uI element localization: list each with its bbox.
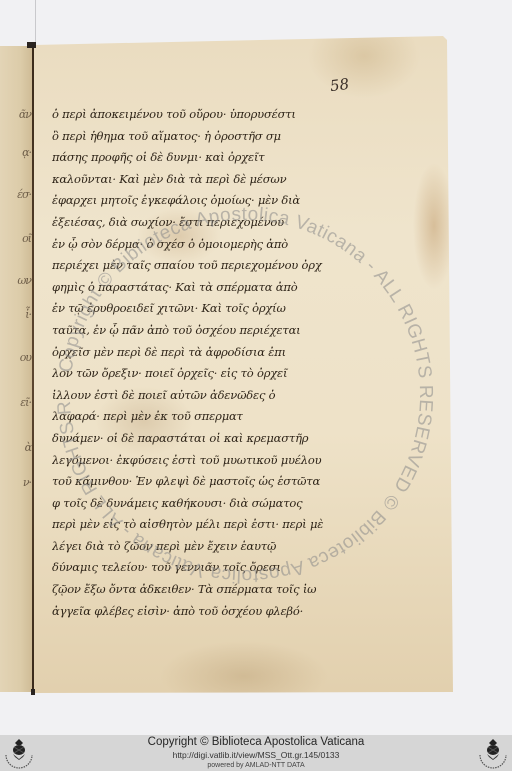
- left-page-fragment: ου: [20, 351, 31, 364]
- text-line: πάσης προφῆς οἱ δὲ δυνμι· καὶ ὀρχεῖτ: [52, 147, 392, 169]
- left-page-fragment: ᾳ·: [22, 146, 31, 159]
- copyright-text: Copyright © Biblioteca Apostolica Vatica…: [0, 736, 512, 749]
- manuscript-viewer[interactable]: ᾶν ᾳ· έσ· οῖ ων ἶ· ου εῖ· ὰ ν· 58 ὁ περὶ…: [0, 0, 512, 735]
- left-page-fragment: ν·: [23, 476, 31, 489]
- left-page-fragment: ᾶν: [19, 108, 31, 121]
- copyright-footer: Copyright © Biblioteca Apostolica Vatica…: [0, 735, 512, 771]
- text-line: δύναμις τελείου· τοῦ γεννιᾶν τοῖς ὄρεσι: [52, 557, 392, 579]
- manuscript-text: ὁ περὶ ἀποκειμένου τοῦ οὔρου· ὑπορυσέστι…: [52, 104, 392, 622]
- vatican-library-seal-icon: [476, 737, 510, 769]
- text-line: φ τοῖς δὲ δυνάμεις καθήκουσι· διὰ σώματο…: [52, 493, 392, 515]
- text-line: ἐφαρχει μητοῖς ἐγκεφάλοις ὁμοίως· μὲν δι…: [52, 190, 392, 212]
- manuscript-url[interactable]: http://digi.vatlib.it/view/MSS_Ott.gr.14…: [0, 750, 512, 760]
- text-line: ἐν τῷ ἐρυθροειδεῖ χιτῶνι· Καὶ τοῖς ὀρχίω: [52, 298, 392, 320]
- manuscript-folio: 58 ὁ περὶ ἀποκειμένου τοῦ οὔρου· ὑπορυσέ…: [34, 36, 454, 693]
- text-line: ἀγγεῖα φλέβες εἰσὶν· ἀπὸ τοῦ ὀσχέου φλεβ…: [52, 601, 392, 623]
- text-line: λαφαρά· περὶ μὲν ἐκ τοῦ σπερματ: [52, 406, 392, 428]
- powered-by-text: powered by AMLAD-NTT DATA: [0, 761, 512, 770]
- gutter-marker-bottom: [31, 689, 35, 695]
- text-line: ἐν ᾧ σὸν δέρμα· ὁ σχέσ ὁ ὁμοιομερὴς ἀπὸ: [52, 234, 392, 256]
- left-page-fragment: ἶ·: [25, 308, 31, 321]
- left-facing-page: ᾶν ᾳ· έσ· οῖ ων ἶ· ου εῖ· ὰ ν·: [0, 46, 34, 692]
- folio-number: 58: [329, 75, 350, 95]
- text-line: φημὶς ὁ παραστάτας· Καὶ τὰ σπέρματα ἀπὸ: [52, 277, 392, 299]
- text-line: περὶ μὲν εἰς τὸ αἰσθητὸν μέλι περὶ ἐστι·…: [52, 514, 392, 536]
- text-line: ὃ περὶ ἡθημα τοῦ αἵματος· ἡ ὀροστῆσ σμ: [52, 126, 392, 148]
- text-line: ὁ περὶ ἀποκειμένου τοῦ οὔρου· ὑπορυσέστι: [52, 104, 392, 126]
- left-page-fragment: έσ·: [17, 188, 31, 201]
- left-page-fragment: οῖ: [22, 232, 31, 245]
- text-line: καλοῦνται· Καὶ μὲν διὰ τὰ περὶ δὲ μέσων: [52, 169, 392, 191]
- text-line: δυνάμεν· οἱ δὲ παραστάται οἱ καὶ κρεμαστ…: [52, 428, 392, 450]
- gutter-line: [35, 0, 36, 46]
- left-page-fragment: ων: [17, 274, 31, 287]
- gutter-marker-top: [27, 42, 36, 48]
- text-line: λέγει διὰ τὸ ζῶον περὶ μὲν ἔχειν ἑαυτῷ: [52, 536, 392, 558]
- text-line: ζῷον ἔξω ὄντα ἀδκειθεν· Τὰ σπέρματα τοῖς…: [52, 579, 392, 601]
- text-line: ὀρχεῖσ μὲν περὶ δὲ περὶ τὰ ἀφροδίσια ἐπι: [52, 342, 392, 364]
- text-line: λεγόμενοι· ἐκφύσεις ἐστὶ τοῦ μυωτικοῦ μυ…: [52, 450, 392, 472]
- left-page-fragment: εῖ·: [20, 396, 31, 409]
- text-line: ταῦτα, ἐν ᾧ πᾶν ἀπὸ τοῦ ὀσχέου περιέχετα…: [52, 320, 392, 342]
- text-line: λον τῶν ὄρεξιν· ποιεῖ ὀρχεῖς· εἰς τὸ ὀρχ…: [52, 363, 392, 385]
- left-page-fragment: ὰ: [25, 441, 31, 454]
- binding-gutter: [32, 44, 34, 694]
- text-line: τοῦ κάμινθου· Ἐν φλεψὶ δὲ μαστοῖς ὡς ἑστ…: [52, 471, 392, 493]
- text-line: ἰλλουν ἐστὶ δὲ ποιεῖ αὐτῶν ἀδενῶδες ὁ: [52, 385, 392, 407]
- text-line: περιέχει μὲν ταῖς σπαίου τοῦ περιεχομένο…: [52, 255, 392, 277]
- text-line: ἐξειέσας, διὰ σωχίον· ἔστι περιεχομένου: [52, 212, 392, 234]
